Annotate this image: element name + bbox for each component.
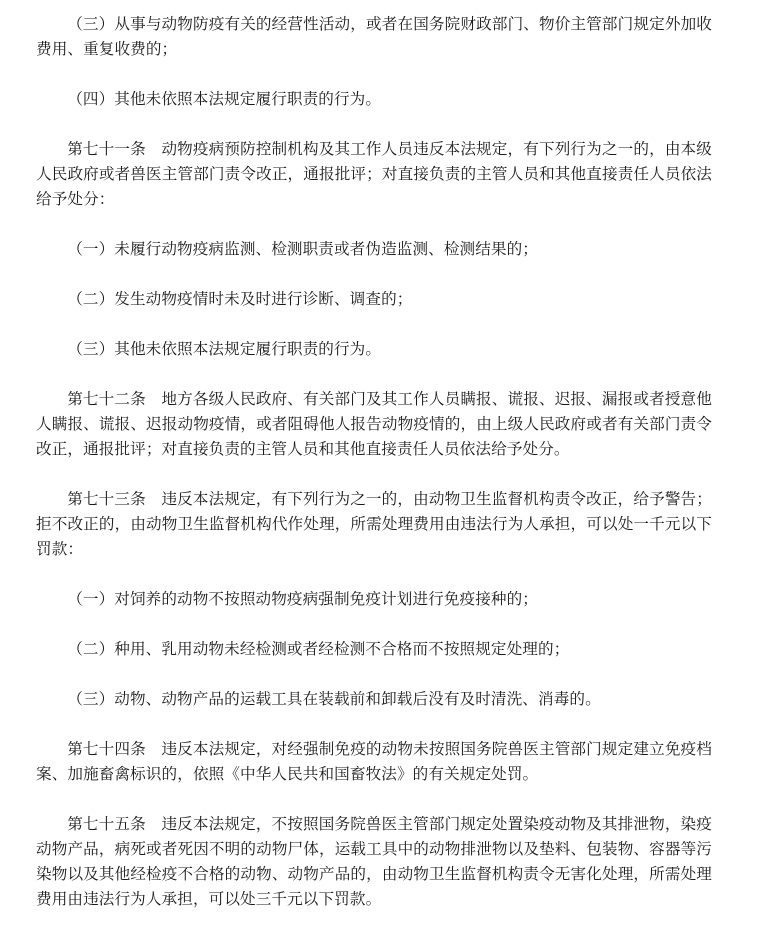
article-73: 第七十三条违反本法规定，有下列行为之一的，由动物卫生监督机构责令改正，给予警告；… bbox=[36, 487, 712, 562]
article-number: 第七十五条 bbox=[67, 815, 146, 833]
article-number: 第七十一条 bbox=[67, 140, 146, 158]
article-number: 第七十二条 bbox=[67, 390, 146, 408]
item-paragraph: （四）其他未依照本法规定履行职责的行为。 bbox=[36, 87, 712, 112]
item-paragraph: （一）对饲养的动物不按照动物疫病强制免疫计划进行免疫接种的； bbox=[36, 587, 712, 612]
article-72: 第七十二条地方各级人民政府、有关部门及其工作人员瞒报、谎报、迟报、漏报或者授意他… bbox=[36, 387, 712, 462]
item-paragraph: （二）种用、乳用动物未经检测或者经检测不合格而不按照规定处理的； bbox=[36, 637, 712, 662]
article-71: 第七十一条动物疫病预防控制机构及其工作人员违反本法规定，有下列行为之一的，由本级… bbox=[36, 137, 712, 212]
article-number: 第七十四条 bbox=[67, 740, 146, 758]
article-75: 第七十五条违反本法规定，不按照国务院兽医主管部门规定处置染疫动物及其排泄物，染疫… bbox=[36, 812, 712, 912]
item-paragraph: （三）其他未依照本法规定履行职责的行为。 bbox=[36, 337, 712, 362]
article-number: 第七十三条 bbox=[67, 490, 146, 508]
item-paragraph: （三）从事与动物防疫有关的经营性活动，或者在国务院财政部门、物价主管部门规定外加… bbox=[36, 12, 712, 62]
item-paragraph: （一）未履行动物疫病监测、检测职责或者伪造监测、检测结果的； bbox=[36, 237, 712, 262]
item-paragraph: （三）动物、动物产品的运载工具在装载前和卸载后没有及时清洗、消毒的。 bbox=[36, 687, 712, 712]
law-document: （三）从事与动物防疫有关的经营性活动，或者在国务院财政部门、物价主管部门规定外加… bbox=[36, 0, 712, 912]
article-74: 第七十四条违反本法规定，对经强制免疫的动物未按照国务院兽医主管部门规定建立免疫档… bbox=[36, 737, 712, 787]
item-paragraph: （二）发生动物疫情时未及时进行诊断、调查的； bbox=[36, 287, 712, 312]
